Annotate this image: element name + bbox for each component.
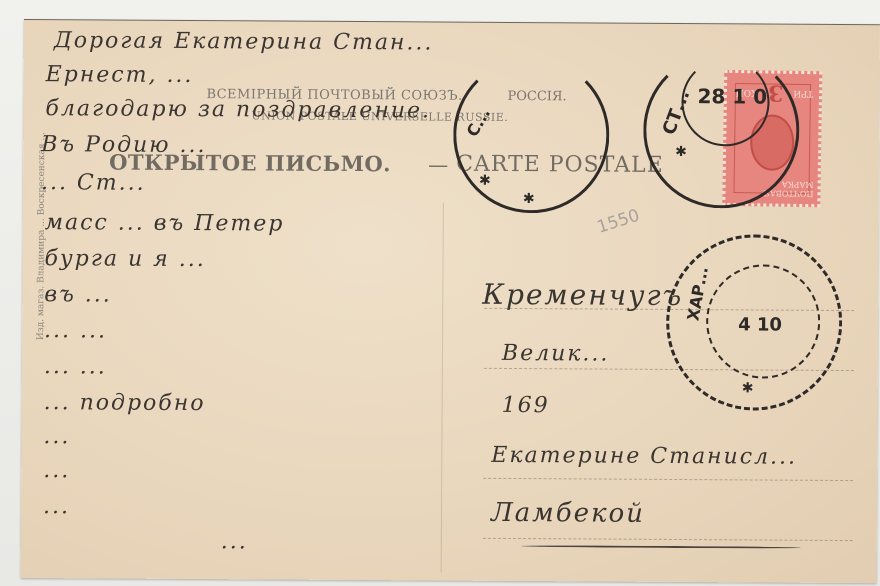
message-line: ...	[43, 458, 70, 483]
address-recipient: Екатерине Станисл...	[491, 443, 797, 470]
message-line: масс ... въ Петер	[45, 210, 285, 236]
address-street: Велик...	[502, 341, 610, 367]
signature: ...	[221, 529, 248, 554]
message-line: Въ Родию ...	[41, 132, 206, 158]
center-divider	[441, 203, 444, 573]
message-line: ... подробно	[44, 390, 206, 416]
postcard: ВСЕМIРНЫЙ ПОЧТОВЫЙ СОЮЗЪ. РОССIЯ. UNION …	[21, 19, 880, 583]
message-line: бурга и я ...	[44, 246, 205, 272]
star-icon: ✱	[523, 191, 535, 207]
arrival-postmark-date: 4 10	[738, 314, 782, 335]
message-line: ... ...	[44, 318, 107, 343]
star-icon: ✱	[675, 144, 687, 160]
departure-postmark-date: 28 1 0	[697, 84, 767, 108]
message-line: ...	[43, 494, 70, 519]
message-line: ... Ст...	[41, 170, 146, 196]
printed-dash: —	[428, 152, 448, 176]
message-line: ...	[43, 424, 70, 449]
pencil-inventory-number: 1550	[595, 206, 642, 238]
star-icon: ✱	[742, 380, 754, 396]
publisher-imprint: Изд. магаз. Владимира ... Воскресенская …	[36, 132, 47, 340]
address-surname: Ламбекой	[491, 498, 645, 529]
message-line: благодарю за поздравление.	[45, 96, 431, 123]
star-icon: ✱	[479, 173, 491, 189]
message-line: Ернест, ...	[46, 62, 194, 88]
address-line-3	[483, 478, 853, 481]
message-line: Дорогая Екатерина Стан...	[54, 28, 434, 55]
message-line: ... ...	[44, 354, 107, 379]
address-city: Кременчугъ	[482, 278, 683, 312]
address-underline	[521, 545, 801, 549]
address-number: 169	[502, 393, 550, 418]
address-line-4	[483, 538, 853, 541]
message-line: въ ...	[44, 282, 112, 307]
stamp-label-left: ТРИ	[793, 88, 813, 98]
